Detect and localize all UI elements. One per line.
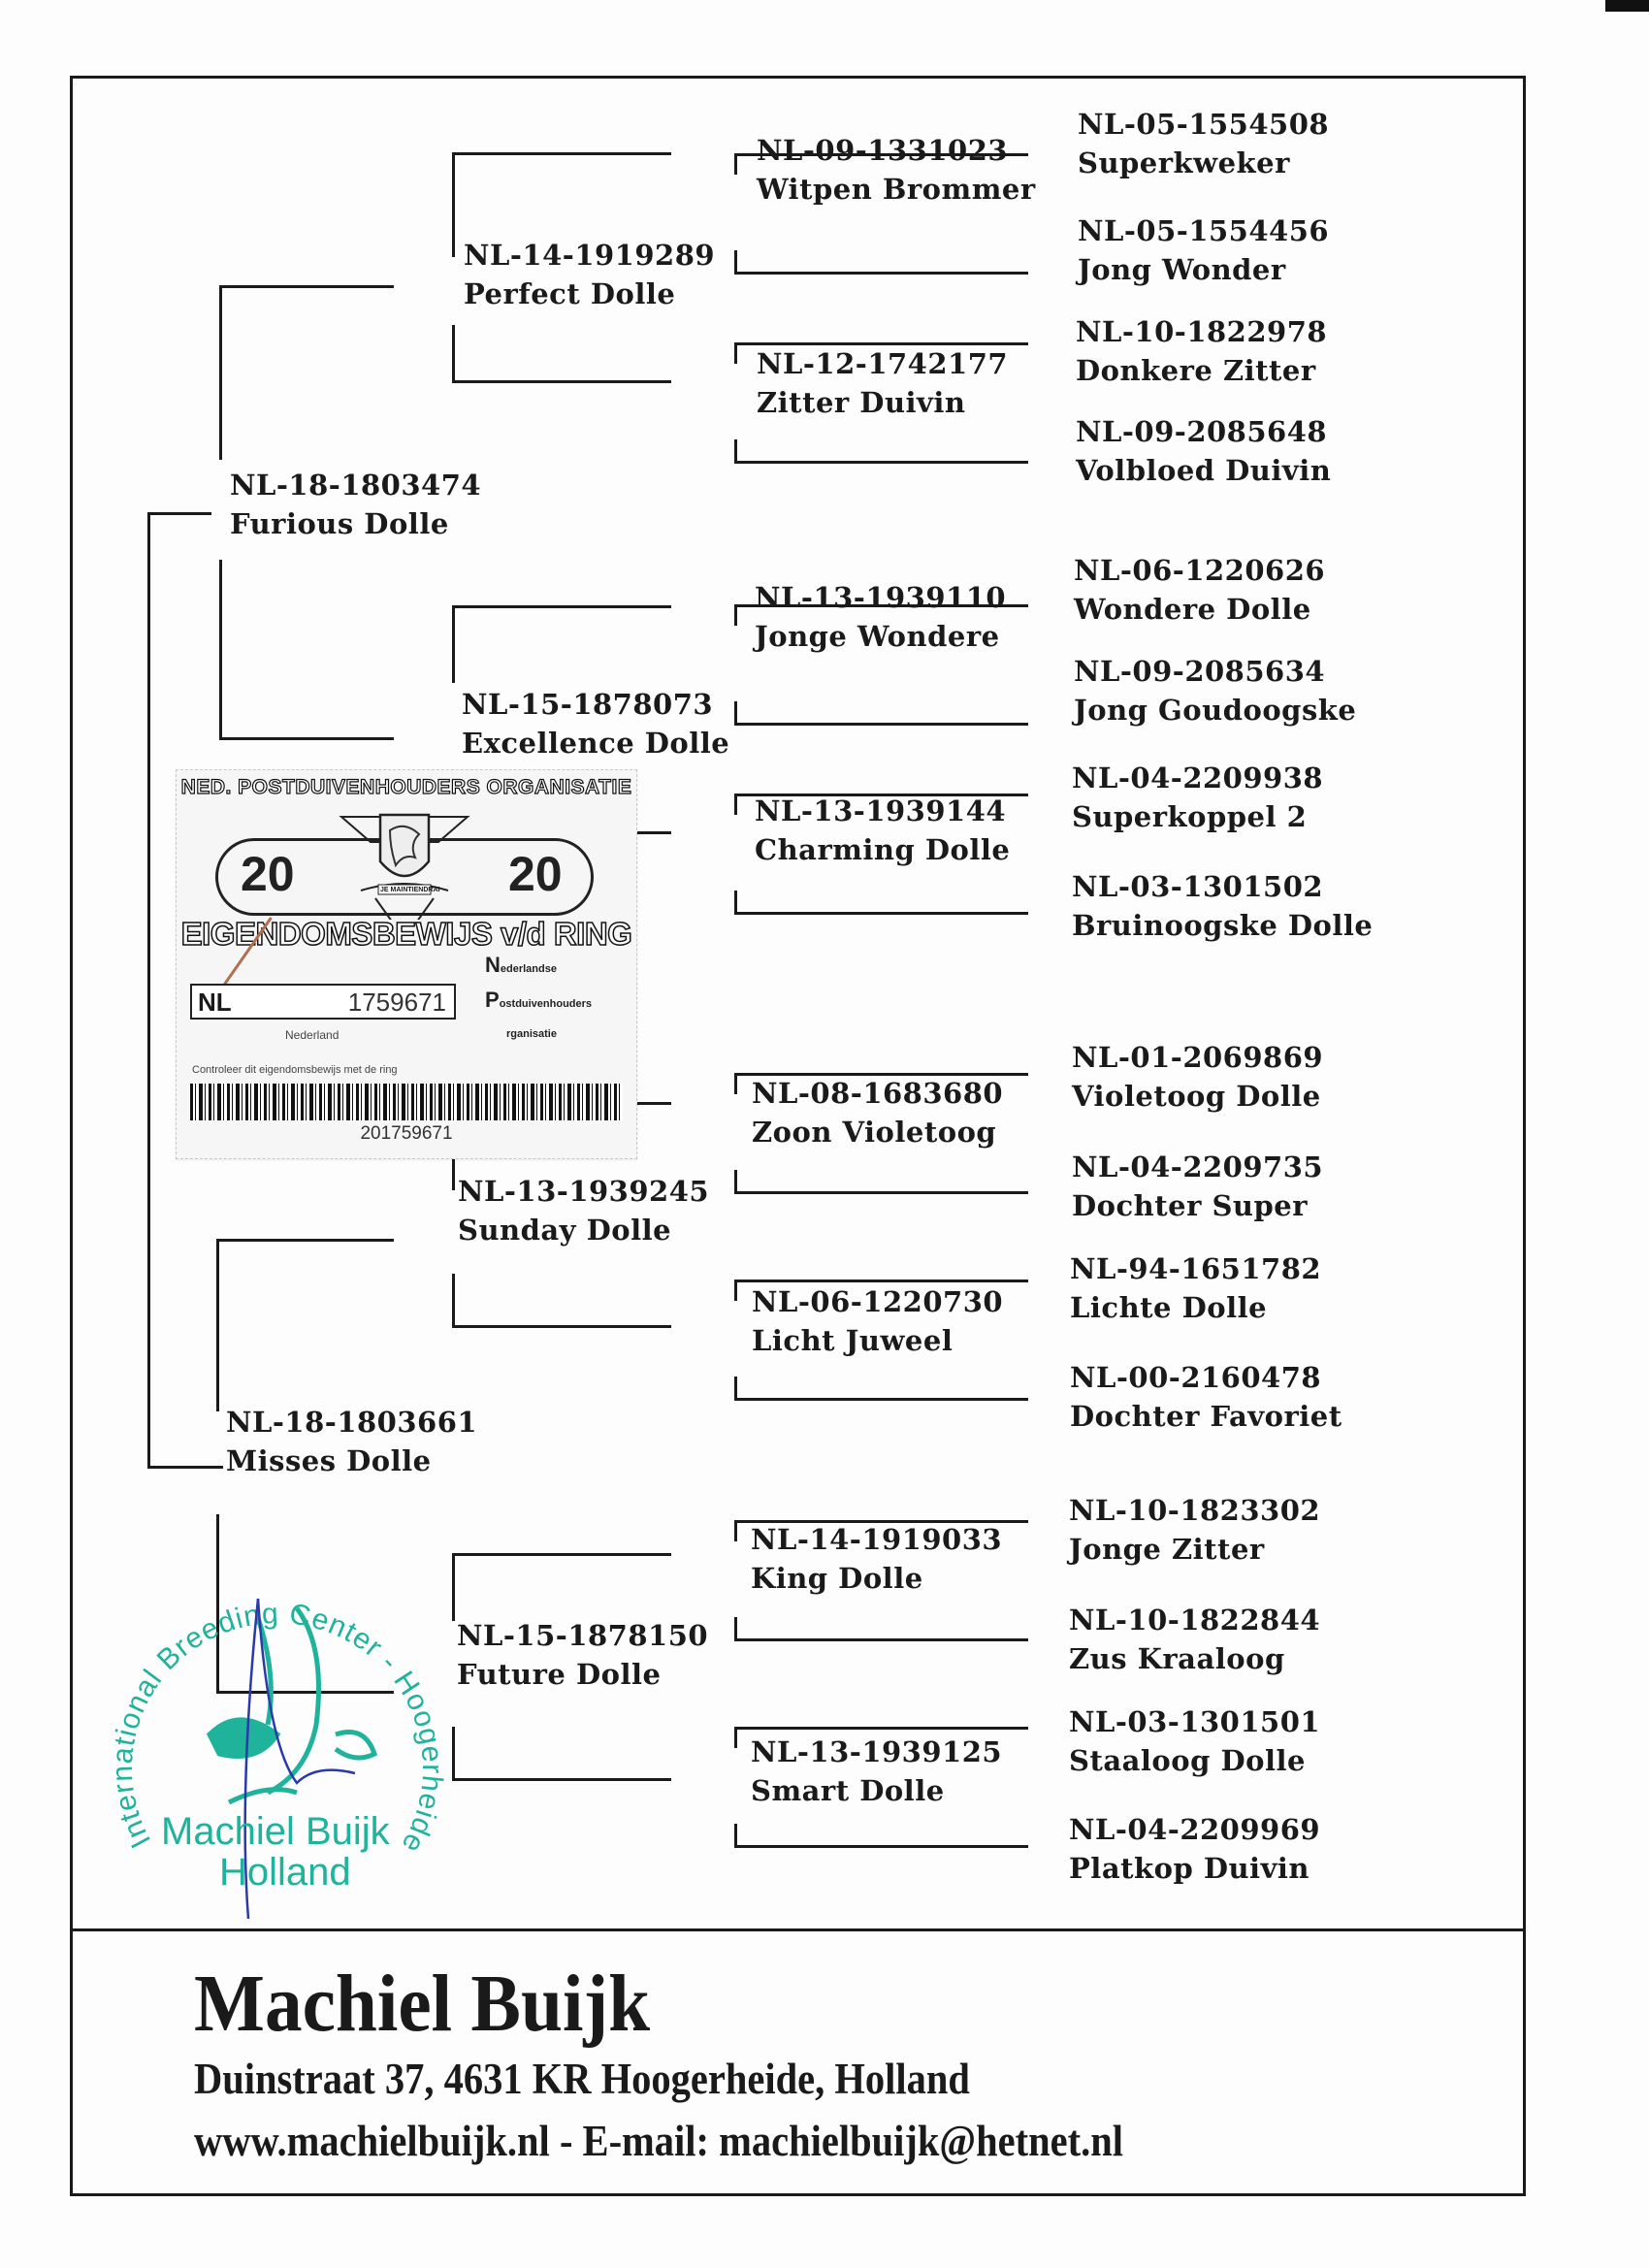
great-grandparent-entry[interactable]: NL-13-1939144Charming Dolle (755, 792, 1010, 869)
ring-number: NL-05-1554508 (1078, 105, 1329, 144)
breeder-address: Duinstraat 37, 4631 KR Hoogerheide, Holl… (194, 2053, 970, 2105)
grandparent-entry[interactable]: NL-15-1878073 Excellence Dolle (462, 685, 729, 762)
ring-number: NL-15-1878073 (462, 685, 729, 724)
pigeon-name: King Dolle (751, 1559, 1002, 1598)
gp4-bracket-lower-h (452, 1778, 671, 1781)
footer-divider (70, 1928, 1526, 1931)
ring-number: NL-04-2209969 (1069, 1810, 1320, 1849)
ggp-bracket-upper (734, 1073, 737, 1094)
breeder-contact[interactable]: www.machielbuijk.nl - E-mail: machielbui… (194, 2115, 1123, 2167)
pigeon-name: Donkere Zitter (1076, 351, 1327, 390)
great-great-grandparent-entry[interactable]: NL-09-2085634Jong Goudoogske (1074, 652, 1356, 729)
sire-entry[interactable]: NL-18-1803474 Furious Dolle (230, 466, 481, 543)
ring-number: NL-14-1919289 (464, 236, 715, 275)
ggp-bracket-upper (734, 1520, 737, 1541)
ggp-bracket-lower (734, 250, 737, 272)
ring-number: NL-01-2069869 (1072, 1038, 1323, 1077)
ggp-bracket-lower-h (734, 1845, 1028, 1848)
ggp-bracket-lower (734, 701, 737, 723)
pigeon-name: Charming Dolle (755, 830, 1010, 869)
ring-number: NL-09-1331023 (757, 131, 1036, 170)
ggp-bracket-lower-h (734, 461, 1028, 464)
grandparent-entry[interactable]: NL-14-1919289 Perfect Dolle (464, 236, 715, 313)
pigeon-name: Sunday Dolle (458, 1211, 709, 1249)
great-great-grandparent-entry[interactable]: NL-10-1823302Jonge Zitter (1069, 1491, 1320, 1569)
ring-number-box: NL 1759671 (190, 984, 456, 1020)
ring-number: NL-18-1803474 (230, 466, 481, 504)
gp3-bracket-upper-h (635, 1102, 671, 1105)
npo-rest: rganisatie (506, 1028, 557, 1040)
great-grandparent-entry[interactable]: NL-09-1331023Witpen Brommer (757, 131, 1036, 209)
ggp-bracket-lower-h (734, 1398, 1028, 1401)
npo-rest: ostduivenhouders (500, 998, 592, 1010)
ring-number: 1759671 (348, 988, 446, 1018)
gp3-bracket-lower (452, 1274, 455, 1327)
ggp-bracket-lower (734, 1824, 737, 1845)
gp3-bracket-lower-h (452, 1325, 671, 1328)
npo-line: Nederlandse (485, 953, 557, 978)
gp2-bracket-upper (452, 605, 455, 683)
dam-bracket-upper-h (216, 1239, 394, 1242)
barcode (190, 1084, 623, 1120)
great-grandparent-entry[interactable]: NL-12-1742177Zitter Duivin (757, 344, 1008, 422)
ring-number: NL-10-1822978 (1076, 312, 1327, 351)
great-great-grandparent-entry[interactable]: NL-04-2209735Dochter Super (1072, 1148, 1323, 1225)
ggp-bracket-lower (734, 1377, 737, 1398)
pigeon-name: Violetoog Dolle (1072, 1077, 1323, 1116)
ggp-bracket-upper (734, 1727, 737, 1748)
npo-line: Postduivenhouders (485, 988, 592, 1013)
ring-number: NL-13-1939110 (755, 578, 1006, 617)
dam-entry[interactable]: NL-18-1803661 Misses Dolle (226, 1403, 477, 1480)
pigeon-name: Zoon Violetoog (752, 1113, 1003, 1151)
pigeon-name: Platkop Duivin (1069, 1849, 1320, 1888)
ring-number: NL-09-2085634 (1074, 652, 1356, 691)
root-bracket-bottom (147, 1466, 223, 1469)
great-great-grandparent-entry[interactable]: NL-10-1822844Zus Kraaloog (1069, 1601, 1320, 1678)
ring-number: NL-00-2160478 (1070, 1358, 1342, 1397)
sire-bracket-lower-h (219, 737, 394, 740)
great-great-grandparent-entry[interactable]: NL-03-1301502Bruinoogske Dolle (1072, 867, 1373, 945)
pigeon-name: Jonge Wondere (755, 617, 1006, 656)
card-year-right: 20 (508, 846, 563, 902)
great-grandparent-entry[interactable]: NL-13-1939110Jonge Wondere (755, 578, 1006, 656)
ring-number: NL-04-2209735 (1072, 1148, 1323, 1186)
great-grandparent-entry[interactable]: NL-06-1220730Licht Juweel (752, 1282, 1003, 1360)
pigeon-name: Bruinoogske Dolle (1072, 906, 1373, 945)
ring-number: NL-04-2209938 (1072, 759, 1323, 797)
coat-of-arms-icon (332, 803, 477, 920)
breeder-name: Machiel Buijk (194, 1958, 650, 2051)
gp1-bracket-upper (452, 153, 455, 257)
pigeon-name: Jong Goudoogske (1074, 691, 1356, 729)
npo-rest: ederlandse (501, 963, 557, 975)
ring-number: NL-13-1939125 (751, 1733, 1002, 1771)
ggp-bracket-lower (734, 1170, 737, 1191)
pigeon-name: Superkweker (1078, 144, 1329, 182)
ring-number: NL-13-1939144 (755, 792, 1010, 830)
ggp-bracket-upper (734, 794, 737, 815)
great-great-grandparent-entry[interactable]: NL-10-1822978Donkere Zitter (1076, 312, 1327, 390)
sire-bracket-upper (219, 285, 222, 460)
ring-number: NL-12-1742177 (757, 344, 1008, 383)
ring-number: NL-03-1301502 (1072, 867, 1373, 906)
ggp-bracket-lower-h (734, 1638, 1028, 1641)
pigeon-name: Zitter Duivin (757, 383, 1008, 422)
npo-initial: N (485, 953, 501, 977)
pigeon-name: Smart Dolle (751, 1771, 1002, 1810)
gp2-bracket-upper-h (452, 605, 671, 608)
grandparent-entry[interactable]: NL-15-1878150 Future Dolle (457, 1616, 708, 1694)
great-great-grandparent-entry[interactable]: NL-04-2209969Platkop Duivin (1069, 1810, 1320, 1888)
ggp-bracket-lower-h (734, 723, 1028, 726)
ring-number: NL-10-1822844 (1069, 1601, 1320, 1639)
great-great-grandparent-entry[interactable]: NL-05-1554508Superkweker (1078, 105, 1329, 182)
card-year-left: 20 (241, 846, 295, 902)
ggp-bracket-upper (734, 153, 737, 175)
pigeon-name: Misses Dolle (226, 1442, 477, 1480)
pigeon-name: Licht Juweel (752, 1321, 1003, 1360)
card-title: EIGENDOMSBEWIJS v/d RING (177, 916, 636, 953)
pigeon-name: Volbloed Duivin (1076, 451, 1331, 490)
gp1-bracket-lower (452, 325, 455, 383)
ring-number: NL-13-1939245 (458, 1172, 709, 1211)
ggp-bracket-lower (734, 1617, 737, 1638)
ggp-bracket-upper (734, 1280, 737, 1301)
ring-number: NL-05-1554456 (1078, 211, 1329, 250)
ring-number: NL-06-1220730 (752, 1282, 1003, 1321)
card-check-text: Controleer dit eigendomsbewijs met de ri… (192, 1064, 398, 1076)
great-great-grandparent-entry[interactable]: NL-94-1651782Lichte Dolle (1070, 1249, 1321, 1327)
card-country: Nederland (285, 1028, 339, 1042)
gp2-bracket-lower-h (635, 831, 671, 834)
ring-ownership-card: NED. POSTDUIVENHOUDERS ORGANISATIE JE MA… (176, 769, 637, 1159)
ggp-bracket-lower-h (734, 1191, 1028, 1194)
pigeon-name: Witpen Brommer (757, 170, 1036, 209)
pigeon-name: Future Dolle (457, 1655, 708, 1694)
ring-number: NL-94-1651782 (1070, 1249, 1321, 1288)
grandparent-entry[interactable]: NL-13-1939245 Sunday Dolle (458, 1172, 709, 1249)
npo-initial: P (485, 988, 500, 1012)
ggp-bracket-lower (734, 439, 737, 461)
card-motto: JE MAINTIENDRAI (380, 887, 439, 893)
great-great-grandparent-entry[interactable]: NL-00-2160478Dochter Favoriet (1070, 1358, 1342, 1436)
dam-bracket-upper (216, 1239, 219, 1411)
ring-number: NL-18-1803661 (226, 1403, 477, 1442)
ring-number: NL-09-2085648 (1076, 412, 1331, 451)
ring-number: NL-06-1220626 (1074, 551, 1325, 590)
great-great-grandparent-entry[interactable]: NL-04-2209938Superkoppel 2 (1072, 759, 1323, 836)
ggp-bracket-upper (734, 604, 737, 626)
great-great-grandparent-entry[interactable]: NL-05-1554456Jong Wonder (1078, 211, 1329, 289)
ggp-bracket-upper-h (734, 1727, 1028, 1730)
breeder-stamp: International Breeding Center - Hoogerhe… (93, 1550, 462, 1919)
root-bracket (147, 512, 150, 1469)
pigeon-name: Wondere Dolle (1074, 590, 1325, 629)
sire-bracket-lower (219, 560, 222, 739)
pigeon-name: Furious Dolle (230, 504, 481, 543)
ggp-bracket-lower (734, 891, 737, 912)
stamp-location: Holland (219, 1851, 351, 1895)
great-great-grandparent-entry[interactable]: NL-06-1220626Wondere Dolle (1074, 551, 1325, 629)
gp1-bracket-lower-h (452, 380, 671, 383)
gp3-bracket-upper (452, 1157, 455, 1190)
gp4-bracket-upper-h (452, 1553, 671, 1556)
ring-number: NL-03-1301501 (1069, 1702, 1320, 1741)
barcode-number: 201759671 (177, 1123, 636, 1145)
pigeon-name: Excellence Dolle (462, 724, 729, 762)
pigeon-name: Jong Wonder (1078, 250, 1329, 289)
ring-number: NL-10-1823302 (1069, 1491, 1320, 1530)
stamp-name: Machiel Buijk (161, 1810, 390, 1854)
card-organization: NED. POSTDUIVENHOUDERS ORGANISATIE (177, 776, 636, 799)
ring-number: NL-15-1878150 (457, 1616, 708, 1655)
scan-edge-mark (1605, 0, 1649, 12)
pigeon-name: Jonge Zitter (1069, 1530, 1320, 1569)
ring-number: NL-14-1919033 (751, 1520, 1002, 1559)
root-bracket-top (147, 512, 211, 515)
country-code: NL (198, 988, 232, 1018)
sire-bracket-upper-h (219, 285, 394, 288)
great-great-grandparent-entry[interactable]: NL-09-2085648Volbloed Duivin (1076, 412, 1331, 490)
pigeon-name: Superkoppel 2 (1072, 797, 1323, 836)
pigeon-name: Dochter Favoriet (1070, 1397, 1342, 1436)
pigeon-name: Perfect Dolle (464, 275, 715, 313)
pigeon-name: Lichte Dolle (1070, 1288, 1321, 1327)
npo-line: rganisatie (506, 1028, 557, 1040)
pigeon-name: Zus Kraaloog (1069, 1639, 1320, 1678)
pigeon-name: Staaloog Dolle (1069, 1741, 1320, 1780)
great-grandparent-entry[interactable]: NL-08-1683680Zoon Violetoog (752, 1074, 1003, 1151)
great-grandparent-entry[interactable]: NL-13-1939125Smart Dolle (751, 1733, 1002, 1810)
great-great-grandparent-entry[interactable]: NL-03-1301501Staaloog Dolle (1069, 1702, 1320, 1780)
great-great-grandparent-entry[interactable]: NL-01-2069869Violetoog Dolle (1072, 1038, 1323, 1116)
gp1-bracket-upper-h (452, 152, 671, 155)
ggp-bracket-upper (734, 342, 737, 364)
pigeon-name: Dochter Super (1072, 1186, 1323, 1225)
ggp-bracket-lower-h (734, 912, 1028, 915)
ggp-bracket-lower-h (734, 272, 1028, 275)
ring-number: NL-08-1683680 (752, 1074, 1003, 1113)
great-grandparent-entry[interactable]: NL-14-1919033King Dolle (751, 1520, 1002, 1598)
